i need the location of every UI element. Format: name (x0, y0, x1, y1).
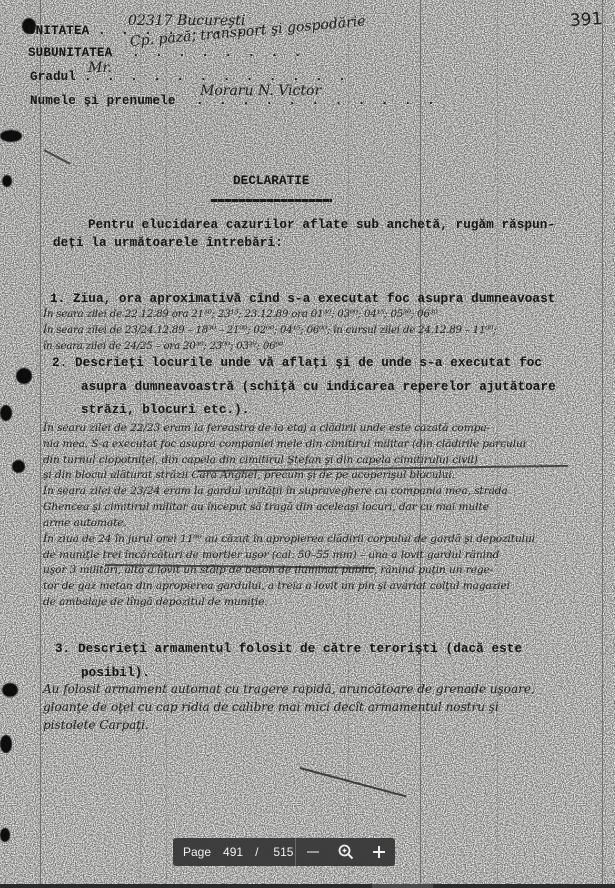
document-title: DECLARATIE (233, 174, 310, 188)
ink-blot (0, 130, 22, 142)
question-2-answer-line: de ambalaje de lîngă depozitul de muniţi… (43, 596, 268, 608)
question-1-answer-line: în seara zilei de 24/25 – ora 20³⁰; 23⁰⁰… (43, 341, 283, 352)
scan-line (40, 0, 41, 884)
question-2-answer-line: tor de gaz metan din apropierea gardului… (43, 580, 510, 592)
field-label-subunitatea: SUBUNITATEA (28, 46, 112, 60)
zoom-out-button[interactable] (296, 838, 329, 866)
ink-blot (0, 735, 12, 753)
question-2-answer-line: Ghencea şi cimitirul militar au început … (43, 501, 489, 513)
question-2-answer-line: În ziua de 24 în jurul orei 11⁰⁰ au căzu… (43, 533, 535, 545)
question-2-answer-line: nia mea. S-a executat foc asupra compani… (43, 438, 526, 450)
field-value-gradul: Mr. (88, 60, 112, 76)
magnifier-icon (338, 844, 354, 860)
question-3-text-line: posibil). (81, 666, 150, 680)
field-label-unitatea: UNITATEA (28, 24, 89, 38)
question-1-answer-line: În seara zilei de 22.12.89 ora 21³⁰; 23¹… (43, 309, 438, 320)
question-2-text-line: asupra dumneavoastră (schiţă cu indicare… (81, 380, 556, 394)
field-dots: . . . . . . . . (132, 46, 305, 60)
intro-line-1: Pentru elucidarea cazurilor aflate sub a… (88, 218, 555, 232)
title-underline (211, 199, 332, 202)
page-indicator: Page 491 / 515 (173, 838, 295, 866)
zoom-reset-button[interactable] (329, 838, 362, 866)
scan-line (602, 0, 603, 884)
question-3-answer-line: pistolete Carpaţi. (43, 718, 149, 732)
total-pages: 515 (273, 845, 293, 859)
ink-blot (2, 683, 18, 697)
question-2-answer-line: arme automate. (43, 517, 127, 529)
question-2-answer-line: uşor 3 militari, alta a lovit un stâlp d… (43, 564, 493, 576)
horizontal-scrollbar-track[interactable] (0, 884, 615, 888)
minus-icon (306, 845, 320, 859)
scanned-document-page: 391 UNITATEA . . . . . . . 02317 Bucureş… (0, 0, 615, 884)
field-value-numele: Moraru N. Victor (200, 83, 321, 99)
page-stamp-number: 391 (569, 9, 603, 31)
horizontal-scrollbar-thumb[interactable] (372, 884, 433, 888)
ink-blot (0, 405, 12, 421)
stray-pen-mark (300, 767, 407, 797)
question-1-answer-line: În seara zilei de 23/24.12.89 – 18³⁰ – 2… (43, 325, 496, 336)
field-dots: . . . . . . . . . . . . (84, 70, 350, 84)
question-2-answer-line: de muniţie trei încărcături de mortier u… (43, 549, 499, 561)
question-2-text-line: 2. Descrieţi locurile unde vă aflaţi şi … (52, 356, 542, 370)
question-2-answer-line: În seara zilei de 22/23 eram la fereastr… (43, 422, 490, 434)
question-3-text-line: 3. Descrieţi armamentul folosit de către… (55, 642, 522, 656)
field-label-numele: Numele şi prenumele (30, 94, 176, 108)
ink-blot (12, 460, 25, 473)
zoom-in-button[interactable] (362, 838, 395, 866)
question-2-answer-line: din turnul clopotniţei, din capela din c… (43, 454, 478, 466)
question-1-text: 1. Ziua, ora aproximativă cînd s-a execu… (50, 292, 555, 306)
plus-icon (372, 845, 386, 859)
stray-pen-mark (44, 149, 71, 164)
question-3-answer-line: Au folosit armament automat cu tragere r… (43, 682, 535, 696)
current-page-number[interactable]: 491 (223, 845, 243, 859)
intro-line-2: deţi la următoarele întrebări: (53, 236, 283, 250)
question-2-text-line: străzi, blocuri etc.). (81, 403, 249, 417)
ink-blot (0, 828, 10, 842)
question-2-answer-line: În seara zilei de 23/24 eram la gardul u… (43, 485, 508, 497)
page-label: Page (183, 845, 211, 859)
pdf-viewer-toolbar: Page 491 / 515 (173, 838, 395, 866)
ink-blot (2, 175, 12, 187)
page-separator: / (255, 845, 258, 859)
field-label-gradul: Gradul (30, 70, 76, 84)
ink-blot (16, 368, 32, 384)
question-2-answer-line: şi din blocul alăturat străzii Cara Angh… (43, 469, 455, 481)
question-3-answer-line: gloanţe de oţel cu cap ridia de calibre … (43, 700, 499, 714)
